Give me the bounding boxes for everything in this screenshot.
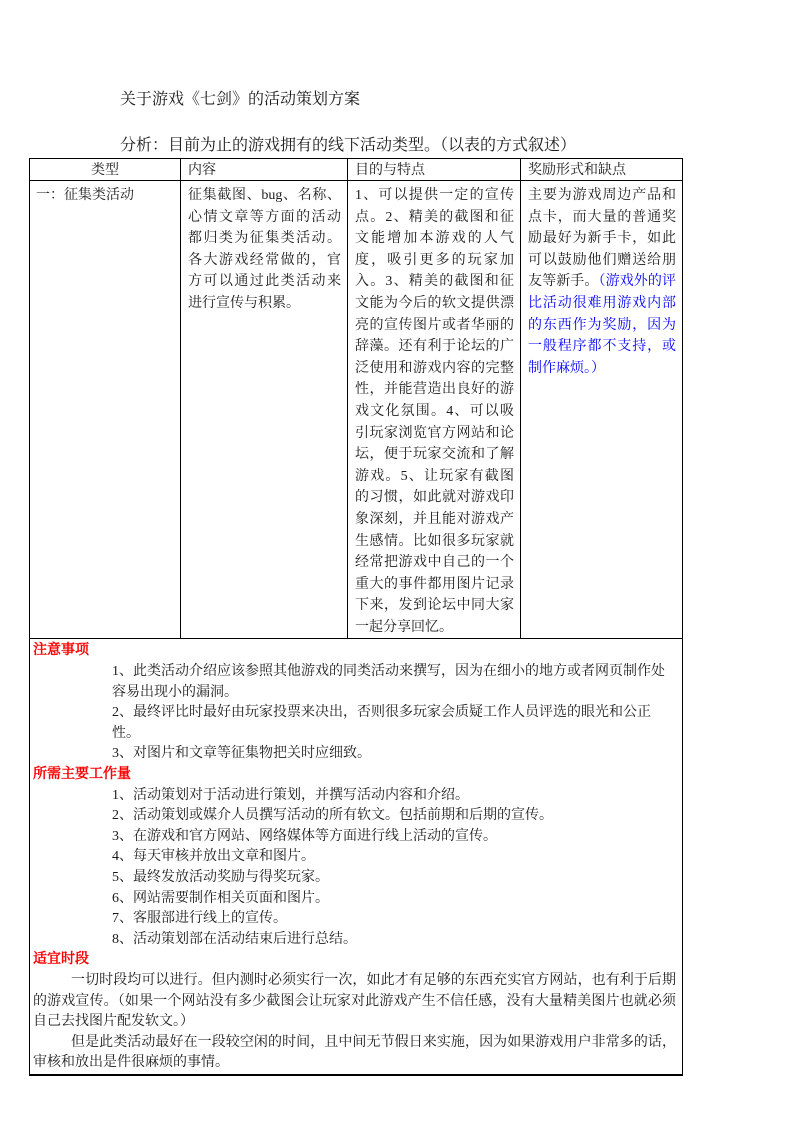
workload-heading: 所需主要工作量 bbox=[33, 765, 676, 786]
cell-notes-sections: 注意事项 1、此类活动介绍应该参照其他游戏的同类活动来撰写，因为在细小的地方或者… bbox=[30, 639, 683, 1075]
header-reward: 奖励形式和缺点 bbox=[521, 159, 683, 181]
header-content: 内容 bbox=[181, 159, 348, 181]
workload-item: 5、最终发放活动奖励与得奖玩家。 bbox=[112, 868, 676, 889]
note-item: 3、对图片和文章等征集物把关时应细致。 bbox=[112, 744, 676, 765]
workload-item: 4、每天审核并放出文章和图片。 bbox=[112, 847, 676, 868]
cell-activity-purpose: 1、可以提供一定的宣传点。2、精美的截图和征文能增加本游戏的人气度，吸引更多的玩… bbox=[348, 181, 521, 639]
document-page: 关于游戏《七剑》的活动策划方案 分析：目前为止的游戏拥有的线下活动类型。（以表的… bbox=[0, 0, 794, 1123]
table-row: 一：征集类活动 征集截图、bug、名称、心情文章等方面的活动都归类为征集类活动。… bbox=[30, 181, 683, 639]
workload-item: 7、客服部进行线上的宣传。 bbox=[112, 909, 676, 930]
cell-activity-type: 一：征集类活动 bbox=[30, 181, 181, 639]
cell-activity-content: 征集截图、bug、名称、心情文章等方面的活动都归类为征集类活动。各大游戏经常做的… bbox=[181, 181, 348, 639]
note-item: 2、最终评比时最好由玩家投票来决出，否则很多玩家会质疑工作人员评选的眼光和公正性… bbox=[112, 703, 676, 744]
analysis-line: 分析：目前为止的游戏拥有的线下活动类型。（以表的方式叙述） bbox=[120, 135, 576, 157]
workload-item: 6、网站需要制作相关页面和图片。 bbox=[112, 889, 676, 910]
workload-item: 8、活动策划部在活动结束后进行总结。 bbox=[112, 930, 676, 951]
header-type: 类型 bbox=[30, 159, 181, 181]
table-row: 注意事项 1、此类活动介绍应该参照其他游戏的同类活动来撰写，因为在细小的地方或者… bbox=[30, 639, 683, 1075]
reward-note-text: （游戏外的评比活动很难用游戏内部的东西作为奖励，因为一般程序都不支持，或制作麻烦… bbox=[528, 274, 676, 375]
note-item: 1、此类活动介绍应该参照其他游戏的同类活动来撰写，因为在细小的地方或者网页制作处… bbox=[112, 662, 676, 703]
workload-item: 2、活动策划或媒介人员撰写活动的所有软文。包括前期和后期的宣传。 bbox=[112, 806, 676, 827]
timing-paragraph: 一切时段均可以进行。但内测时必须实行一次，如此才有足够的东西充实官方网站，也有利… bbox=[33, 971, 676, 1033]
header-purpose: 目的与特点 bbox=[348, 159, 521, 181]
cell-activity-reward: 主要为游戏周边产品和点卡，而大量的普通奖励最好为新手卡，如此可以鼓励他们赠送给朋… bbox=[521, 181, 683, 639]
page-title: 关于游戏《七剑》的活动策划方案 bbox=[120, 89, 360, 111]
workload-item: 1、活动策划对于活动进行策划，并撰写活动内容和介绍。 bbox=[112, 786, 676, 807]
activity-table: 类型 内容 目的与特点 奖励形式和缺点 一：征集类活动 征集截图、bug、名称、… bbox=[29, 158, 683, 1076]
notes-heading: 注意事项 bbox=[33, 641, 676, 662]
timing-paragraph: 但是此类活动最好在一段较空闲的时间，且中间无节假日来实施，因为如果游戏用户非常多… bbox=[33, 1033, 676, 1074]
timing-heading: 适宜时段 bbox=[33, 950, 676, 971]
workload-item: 3、在游戏和官方网站、网络媒体等方面进行线上活动的宣传。 bbox=[112, 827, 676, 848]
table-header-row: 类型 内容 目的与特点 奖励形式和缺点 bbox=[30, 159, 683, 181]
